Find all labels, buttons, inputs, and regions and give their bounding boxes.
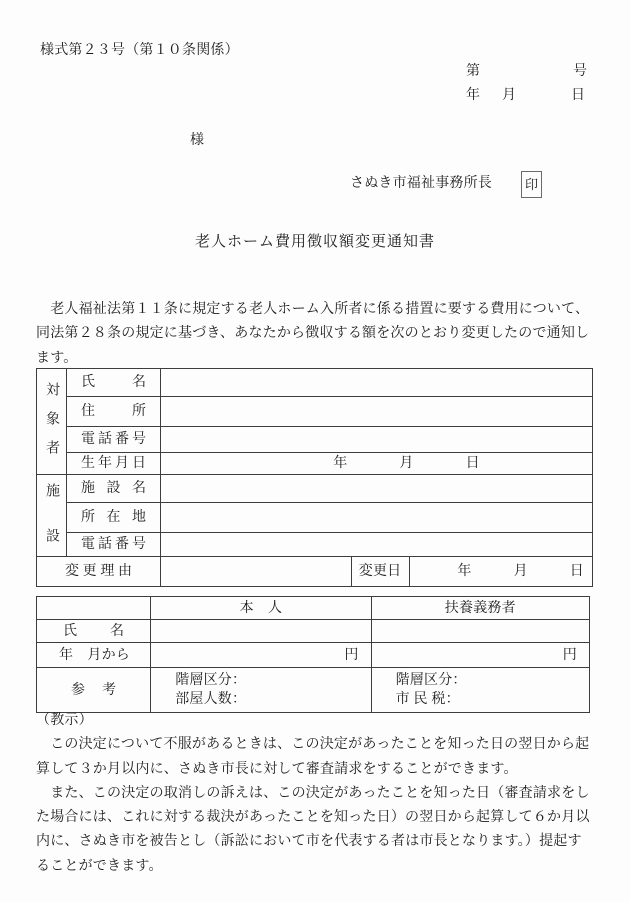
facility-name-value-cell [161,475,593,503]
facility-address-label: 所在地 [67,503,161,533]
facility-group-cell: 施設 [37,475,67,557]
person-tier-label: 階層区分： [175,671,370,690]
supporter-reference-cell: 階層区分： 市 民 税： [371,668,589,713]
body-paragraph: 老人福祉法第１１条に規定する老人ホーム入所者に係る措置に要する費用について、 同… [36,298,596,371]
recipient-honorific: 様 [190,130,204,151]
notice-heading: （教示） [36,709,596,733]
facility-name-label: 施設名 [67,475,161,503]
change-date-value-cell: 年 月 日 [409,557,592,587]
facility-group-label: 施設 [41,483,62,557]
name-value-cell [161,369,593,397]
phone-value-cell [161,427,593,453]
notice-line: また、この決定の取消しの訴えは、この決定があったことを知った日（審査請求をし [36,782,596,806]
facility-phone-value-cell [161,533,593,557]
birthdate-value-cell: 年 月 日 [161,453,593,475]
document-page: 様式第２３号（第１０条関係） 第 号 年 月 日 様 さぬき市福祉事務所長 印 … [0,0,630,903]
notice-line: ることができます。 [36,855,596,879]
body-line: 老人福祉法第１１条に規定する老人ホーム入所者に係る措置に要する費用について、 [36,298,596,322]
supporter-city-tax-label: 市 民 税： [396,690,589,709]
amount-name-label: 氏名 [37,620,151,643]
change-reason-value-cell [161,557,351,587]
seal-box: 印 [521,171,542,198]
table-row: 参考 階層区分： 部屋人数： 階層区分： 市 民 税： [37,668,590,713]
table-row: 氏名 [37,620,590,643]
birthdate-month-label: 月 [399,453,413,474]
supporter-tier-label: 階層区分： [396,671,589,690]
notice-line: 内に、さぬき市を被告とし（訴訟において市を代表する者は市長となります。）提起す [36,830,596,854]
document-title: 老人ホーム費用徴収額変更通知書 [0,231,630,254]
amount-table: 本 人 扶養義務者 氏名 年 月から 円 円 参考 階層区分： 部屋人数： 階層… [36,596,590,713]
issue-date-year: 年 [466,85,480,106]
subject-facility-table: 対象者 氏名 住所 電話番号 生年月日 年 月 日 施設 [36,368,593,587]
notice-line: た場合には、これに対する裁決があったことを知った日）の翌日から起算して６か月以 [36,806,596,830]
change-date-month-label: 月 [514,561,528,582]
change-reason-label: 変更理由 [37,557,161,587]
body-line: 同法第２８条の規定に基づき、あなたから徴収する額を次のとおり変更したので通知し [36,322,596,346]
reference-label: 参考 [37,668,151,713]
person-reference-cell: 階層区分： 部屋人数： [151,668,371,713]
table-row: 住所 [37,397,593,427]
facility-address-value-cell [161,503,593,533]
address-value-cell [161,397,593,427]
target-group-cell: 対象者 [37,369,67,475]
issue-date-day: 日 [571,85,585,106]
notice-line: この決定について不服があるときは、この決定があったことを知った日の翌日から起 [36,733,596,757]
doc-number-prefix: 第 [466,61,480,82]
seal-label: 印 [525,177,538,192]
amount-corner-cell [37,597,151,620]
supporter-amount-cell: 円 [371,643,589,668]
form-number: 様式第２３号（第１０条関係） [40,40,239,61]
phone-label: 電話番号 [67,427,161,453]
supporter-column-header: 扶養義務者 [371,597,589,620]
table-row: 電話番号 [37,533,593,557]
table-row: 施設 施設名 [37,475,593,503]
person-name-value-cell [151,620,371,643]
change-date-label: 変更日 [351,557,409,587]
person-column-header: 本 人 [151,597,371,620]
from-date-label: 年 月から [37,643,151,668]
change-date-day-label: 日 [570,561,584,582]
person-amount-cell: 円 [151,643,371,668]
person-room-count-label: 部屋人数： [175,690,370,709]
table-row: 電話番号 [37,427,593,453]
address-label: 住所 [67,397,161,427]
target-group-label: 対象者 [41,382,62,469]
facility-phone-label: 電話番号 [67,533,161,557]
table-row: 本 人 扶養義務者 [37,597,590,620]
doc-number-suffix: 号 [573,61,587,82]
name-label: 氏名 [67,369,161,397]
sender-title: さぬき市福祉事務所長 [350,173,492,194]
birthdate-day-label: 日 [466,453,480,474]
table-row: 生年月日 年 月 日 [37,453,593,475]
table-row: 変更理由 変更日 年 月 日 [37,557,593,587]
notice-line: 算して３か月以内に、さぬき市長に対して審査請求をすることができます。 [36,758,596,782]
change-date-year-label: 年 [457,561,471,582]
birthdate-year-label: 年 [333,453,347,474]
table-row: 所在地 [37,503,593,533]
issue-date-month: 月 [502,85,516,106]
supporter-name-value-cell [371,620,589,643]
notice-section: （教示） この決定について不服があるときは、この決定があったことを知った日の翌日… [36,709,596,879]
table-row: 年 月から 円 円 [37,643,590,668]
birthdate-label: 生年月日 [67,453,161,475]
table-row: 対象者 氏名 [37,369,593,397]
